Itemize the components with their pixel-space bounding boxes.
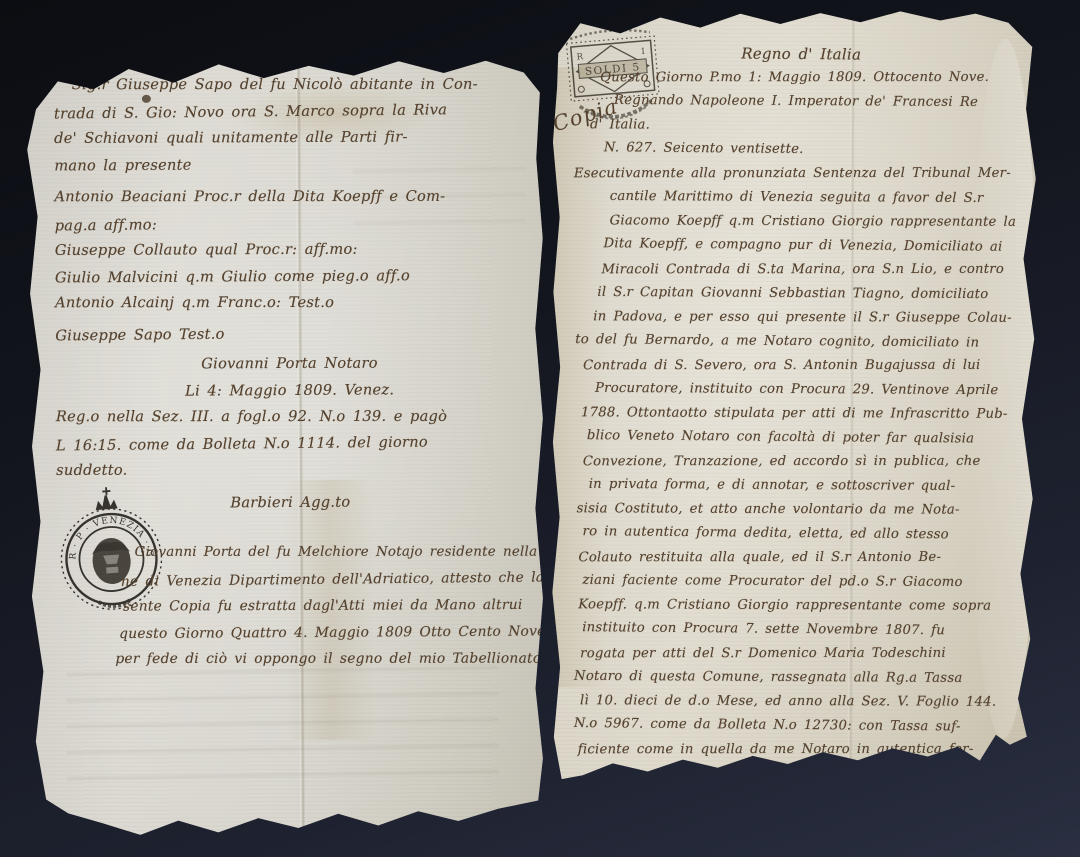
script-line: Li 4: Maggio 1809. Venez.	[56, 376, 524, 405]
script-line: il S.r Capitan Giovanni Sebbastian Tiagn…	[597, 281, 1027, 307]
script-line: Giovanni Porta Notaro	[55, 350, 523, 378]
script-line: ne di Venezia Dipartimento dell'Adriatic…	[121, 564, 525, 595]
ink-showthrough	[67, 669, 498, 802]
script-line: suddetto.	[56, 456, 524, 484]
script-line: Colauto restituita alla quale, ed il S.r…	[578, 546, 1026, 570]
script-line: Esecutivamente alla pronunziata Sentenza…	[574, 162, 1028, 186]
script-line: L 16:15. come da Bolleta N.o 1114. del g…	[56, 428, 524, 459]
script-line: de' Schiavoni quali unitamente alle Part…	[54, 124, 522, 152]
script-line: Giacomo Koepff q.m Cristiano Giorgio rap…	[610, 209, 1028, 234]
script-line: in Padova, e per esso qui presente il S.…	[593, 305, 1027, 331]
script-line: Procuratore, instituito con Procura 29. …	[595, 377, 1027, 403]
script-line: Koepff. q.m Cristiano Giorgio rappresent…	[578, 593, 1026, 619]
manuscript-left-page: R · P · VENEZIA · G · P · N · D · Sig.r …	[24, 48, 551, 839]
script-line: Barbieri Agg.to	[56, 488, 524, 517]
script-line: Regno d' Italia	[574, 40, 1028, 68]
script-line: Notaro di questa Comune, rassegnata alla…	[574, 665, 1026, 692]
script-line: sisia Costituto, et atto anche volontari…	[577, 497, 1027, 523]
script-line: Dita Koepff, e compagno pur di Venezia, …	[603, 232, 1027, 260]
script-line: Reg.o nella Sez. III. a fogl.o 92. N.o 1…	[56, 404, 524, 431]
script-line: Miracoli Contrada di S.ta Marina, ora S.…	[601, 258, 1027, 282]
script-line: 1788. Ottontaotto stipulata per atti di …	[581, 401, 1027, 427]
script-line: mano la presente	[54, 150, 522, 179]
script-line: Antonio Beaciani Proc.r della Dita Koepf…	[54, 184, 522, 211]
script-line: instituito con Procura 7. sette Novembre…	[582, 616, 1026, 644]
script-line: Antonio Alcainj q.m Franc.o: Test.o	[55, 290, 523, 317]
script-line: questo Giorno Quattro 4. Maggio 1809 Ott…	[119, 618, 525, 647]
script-line: lì 10. dieci de d.o Mese, ed anno alla S…	[580, 689, 1026, 715]
script-line: trada di S. Gio: Novo ora S. Marco sopra…	[54, 96, 522, 127]
script-line: Regnando Napoleone I. Imperator de' Fran…	[614, 89, 1028, 115]
script-line: to del fu Bernardo, a me Notaro cognito,…	[575, 328, 1027, 356]
script-line: Giovanni Porta del fu Melchiore Notajo r…	[135, 540, 525, 567]
script-line: d' Italia.	[590, 113, 1028, 139]
script-line: per fede di ciò vi oppongo il segno del …	[115, 646, 525, 673]
script-line: rogata per atti del S.r Domenico Maria T…	[580, 642, 1026, 666]
script-line: pag.a aff.mo:	[55, 208, 523, 239]
script-line: blico Veneto Notaro con facoltà di poter…	[587, 424, 1027, 452]
script-line: Contrada di S. Severo, ora S. Antonin Bu…	[583, 354, 1027, 378]
script-line: N.o 5967. come da Bolleta N.o 12730: con…	[574, 712, 1026, 740]
script-line: N. 627. Seicento ventisette.	[604, 136, 1028, 164]
script-line: Convezione, Tranzazione, ed accordo sì i…	[583, 450, 1027, 474]
script-line: ro in autentica forma dedita, eletta, ed…	[582, 520, 1026, 548]
script-line: Giuseppe Sapo Test.o	[55, 318, 523, 349]
left-page-text: Sig.r Giuseppe Sapo del fu Nicolò abitan…	[24, 48, 550, 674]
script-line: ziani faciente come Procurator del pd.o …	[582, 569, 1026, 595]
script-line: Sig.r Giuseppe Sapo del fu Nicolò abitan…	[72, 72, 522, 99]
script-line: Questo Giorno P.mo 1: Maggio 1809. Ottoc…	[600, 66, 1028, 90]
script-line: cantile Marittimo di Venezia seguita a f…	[610, 185, 1028, 211]
script-line: in privata forma, e di annotar, e sottos…	[589, 473, 1027, 499]
manuscript-right-page: R I SOLDI 5 Copia Regno d' ItaliaQuesto …	[548, 7, 1045, 811]
script-line: sente Copia fu estratta dagl'Atti miei d…	[123, 592, 525, 620]
right-page-text: Regno d' ItaliaQuesto Giorno P.mo 1: Mag…	[548, 7, 1045, 763]
script-line: Giuseppe Collauto qual Proc.r: aff.mo:	[55, 236, 523, 264]
script-line: Giulio Malvicini q.m Giulio come pieg.o …	[55, 262, 523, 291]
